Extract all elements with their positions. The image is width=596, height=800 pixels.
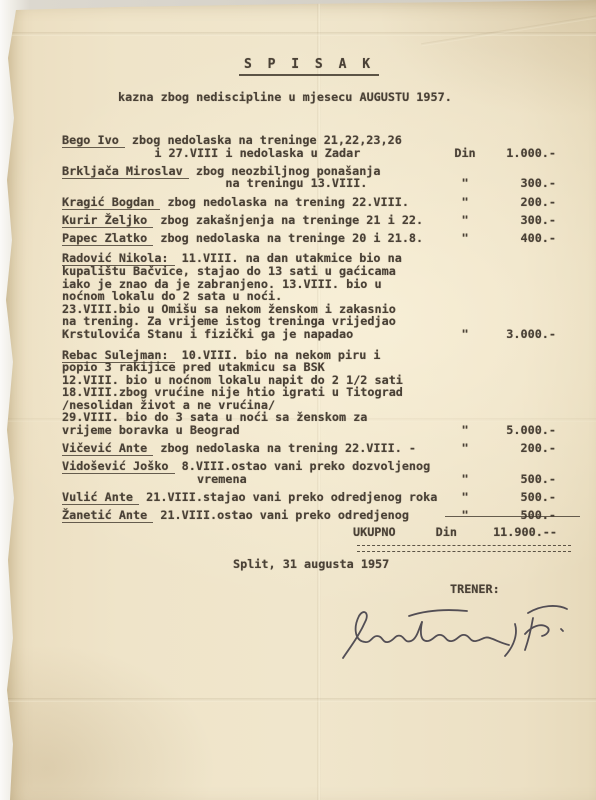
entry-text: 10.VIII. bio na nekom piru i popio 3 rak… xyxy=(62,348,403,438)
page-title: S P I S A K xyxy=(239,59,379,76)
horizontal-fold-crease-bottom xyxy=(0,698,596,702)
entry-description: Kragić Bogdan zbog nedolaska na trening … xyxy=(62,196,452,209)
entry-currency: " xyxy=(452,491,478,504)
entry-description: Vičević Ante zbog nedolaska na trening 2… xyxy=(62,442,452,455)
entry-currency: " xyxy=(452,214,478,227)
entry-description: Vidošević Joško 8.VIII.ostao vani preko … xyxy=(62,460,452,485)
entry-row: Papec Zlatko zbog nedolaska na treninge … xyxy=(62,232,556,245)
entry-description: Kurir Željko zbog zakašnjenja na trening… xyxy=(62,214,452,227)
entry-name: Kurir Željko xyxy=(62,213,153,228)
entry-amount: 200.- xyxy=(478,196,556,209)
trainer-label: TRENER: xyxy=(450,583,500,596)
total-amount: 11.900.-- xyxy=(457,526,557,539)
entry-currency: " xyxy=(452,177,478,190)
entry-name: Kragić Bogdan xyxy=(62,195,160,210)
entry-currency: Din xyxy=(452,147,478,160)
entry-row: Vulić Ante 21.VIII.stajao vani preko odr… xyxy=(62,491,556,504)
entry-description: Radović Nikola: 11.VIII. na dan utakmice… xyxy=(62,252,452,340)
entry-text: zbog zakašnjenja na treninge 21 i 22. xyxy=(153,213,423,227)
entry-amount: 1.000.- xyxy=(478,147,556,160)
document-content: S P I S A K kazna zbog nediscipline u mj… xyxy=(62,0,556,527)
entry-amount: 300.- xyxy=(478,177,556,190)
entry-currency: " xyxy=(452,232,478,245)
entry-text: zbog nedolaska na trening 22.VIII. xyxy=(160,195,409,209)
entry-row: Kurir Željko zbog zakašnjenja na trening… xyxy=(62,214,556,227)
fine-list: Bego Ivo zbog nedolaska na treninge 21,2… xyxy=(62,134,556,521)
entry-row: Rebac Sulejman: 10.VIII. bio na nekom pi… xyxy=(62,349,556,437)
entry-currency: " xyxy=(452,196,478,209)
entry-description: Papec Zlatko zbog nedolaska na treninge … xyxy=(62,232,452,245)
entry-description: Žanetić Ante 21.VIII.ostao vani preko od… xyxy=(62,509,452,522)
entry-row: Kragić Bogdan zbog nedolaska na trening … xyxy=(62,196,556,209)
entry-amount: 500.- xyxy=(478,491,556,504)
scanned-paper: S P I S A K kazna zbog nediscipline u mj… xyxy=(0,0,596,800)
total-row: UKUPNO Din 11.900.-- xyxy=(62,526,557,539)
entry-description: Brkljača Miroslav zbog neozbiljnog ponaš… xyxy=(62,165,452,190)
entry-text: 21.VIII.ostao vani preko odredjenog xyxy=(153,508,409,522)
entry-text: 21.VIII.stajao vani preko odredjenog rok… xyxy=(139,490,437,504)
place-date: Split, 31 augusta 1957 xyxy=(233,558,389,571)
entry-row: Vidošević Joško 8.VIII.ostao vani preko … xyxy=(62,460,556,485)
entry-description: Vulić Ante 21.VIII.stajao vani preko odr… xyxy=(62,491,452,504)
entry-description: Rebac Sulejman: 10.VIII. bio na nekom pi… xyxy=(62,349,452,437)
entry-row: Bego Ivo zbog nedolaska na treninge 21,2… xyxy=(62,134,556,159)
entry-text: zbog nedolaska na treninge 20 i 21.8. xyxy=(153,231,423,245)
subtitle: kazna zbog nediscipline u mjesecu AUGUST… xyxy=(118,91,556,104)
entry-name: Vičević Ante xyxy=(62,441,153,456)
entry-currency: " xyxy=(452,328,478,341)
entry-currency: " xyxy=(452,424,478,437)
entry-amount: 400.- xyxy=(478,232,556,245)
entry-text: zbog nedolaska na trening 22.VIII. - xyxy=(153,441,416,455)
entry-amount: 5.000.- xyxy=(478,424,556,437)
entry-row: Brkljača Miroslav zbog neozbiljnog ponaš… xyxy=(62,165,556,190)
total-double-underline xyxy=(357,545,571,552)
entry-amount: 300.- xyxy=(478,214,556,227)
total-spacer xyxy=(62,526,353,539)
entry-name: Žanetić Ante xyxy=(62,508,153,523)
entry-name: Papec Zlatko xyxy=(62,231,153,246)
total-currency: Din xyxy=(436,526,457,539)
entry-currency: " xyxy=(452,473,478,486)
entry-row: Vičević Ante zbog nedolaska na trening 2… xyxy=(62,442,556,455)
handwritten-signature xyxy=(325,596,585,671)
entry-row: Radović Nikola: 11.VIII. na dan utakmice… xyxy=(62,252,556,340)
entry-description: Bego Ivo zbog nedolaska na treninge 21,2… xyxy=(62,134,452,159)
signature-ink xyxy=(325,596,585,671)
entry-text: 11.VIII. na dan utakmice bio na kupališt… xyxy=(62,251,402,341)
entry-amount: 3.000.- xyxy=(478,328,556,341)
title-wrap: S P I S A K xyxy=(62,58,556,76)
entry-currency: " xyxy=(452,442,478,455)
entry-amount: 500.- xyxy=(478,473,556,486)
entry-amount: 200.- xyxy=(478,442,556,455)
entry-name: Vulić Ante xyxy=(62,490,139,505)
total-rule xyxy=(445,516,580,517)
total-label: UKUPNO xyxy=(353,526,396,539)
